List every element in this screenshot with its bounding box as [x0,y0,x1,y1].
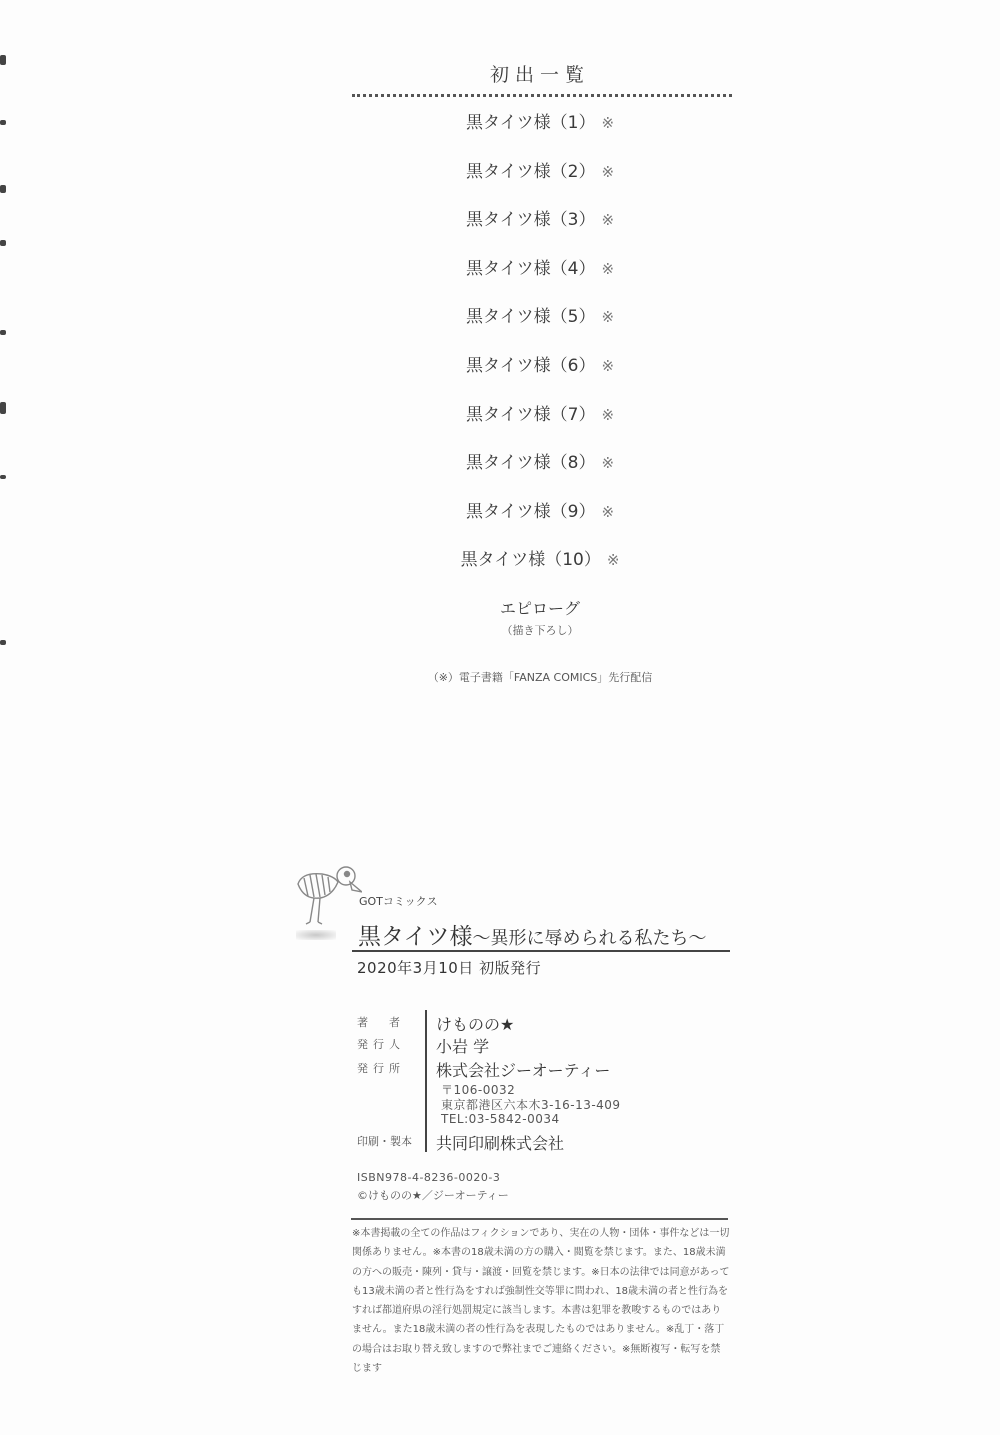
colophon-vertical-rule [425,1010,427,1152]
book-title-subtitle: ～異形に辱められる私たち～ [473,928,707,949]
row-key: 印刷・製本 [357,1133,415,1149]
copyright: ©けものの★／ジーオーティー [357,1187,509,1203]
toc-item: 黒タイツ様（10）※ [0,547,1000,596]
toc-item-label: 黒タイツ様（3） [466,210,595,230]
toc-list: 黒タイツ様（1）※ 黒タイツ様（2）※ 黒タイツ様（3）※ 黒タイツ様（4）※ … [0,110,1000,596]
row-key: 著 者 [357,1014,415,1030]
reference-mark-icon: ※ [601,163,614,181]
toc-item: 黒タイツ様（5）※ [0,304,1000,353]
toc-item-label: 黒タイツ様（9） [466,502,595,522]
toc-item-label: 黒タイツ様（2） [466,162,595,182]
toc-item-label: 黒タイツ様（1） [466,113,595,133]
reference-mark-icon: ※ [601,114,614,132]
toc-item-label: 黒タイツ様（7） [466,405,595,425]
dotted-divider [352,94,732,97]
row-key: 発行人 [357,1036,415,1052]
toc-title: 初出一覧 [0,60,1000,87]
toc-item-label: 黒タイツ様（6） [466,356,595,376]
row-value: 共同印刷株式会社 [436,1131,564,1154]
reference-mark-icon: ※ [601,308,614,326]
toc-epilogue: エピローグ [0,596,1000,619]
title-divider [352,950,730,952]
toc-footnote: （※）電子書籍「FANZA COMICS」先行配信 [0,669,1000,685]
toc-item-label: 黒タイツ様（5） [466,307,595,327]
toc-item: 黒タイツ様（1）※ [0,110,1000,159]
toc-item-label: 黒タイツ様（10） [461,550,601,570]
reference-mark-icon: ※ [601,503,614,521]
toc-item: 黒タイツ様（8）※ [0,450,1000,499]
toc-item: 黒タイツ様（2）※ [0,159,1000,208]
reference-mark-icon: ※ [601,454,614,472]
row-value: 小岩 学 [436,1034,489,1057]
row-key: 発行所 [357,1060,415,1076]
toc-epilogue-note: （描き下ろし） [0,622,1000,638]
toc-item: 黒タイツ様（6）※ [0,353,1000,402]
reference-mark-icon: ※ [601,357,614,375]
toc-item-label: 黒タイツ様（4） [466,259,595,279]
reference-mark-icon: ※ [601,260,614,278]
reference-mark-icon: ※ [601,211,614,229]
toc-item-label: 黒タイツ様（8） [466,453,595,473]
toc-item: 黒タイツ様（4）※ [0,256,1000,305]
legal-notice: ※本書掲載の全ての作品はフィクションであり、実在の人物・団体・事件などは一切関係… [352,1224,730,1378]
row-value: けものの★ [436,1012,514,1035]
publication-date: 2020年3月10日 初版発行 [357,957,541,978]
address-street: 東京都港区六本木3-16-13-409 [441,1096,621,1113]
isbn: ISBN978-4-8236-0020-3 [357,1171,500,1184]
book-title-main: 黒タイツ様 [358,924,473,950]
series-label: GOTコミックス [359,893,438,909]
toc-item: 黒タイツ様（3）※ [0,207,1000,256]
row-value: 株式会社ジーオーティー [436,1058,610,1081]
reference-mark-icon: ※ [601,406,614,424]
logo-shadow [296,930,336,940]
toc-item: 黒タイツ様（7）※ [0,402,1000,451]
toc-item: 黒タイツ様（9）※ [0,499,1000,548]
address-tel: TEL:03-5842-0034 [441,1112,560,1126]
book-title: 黒タイツ様～異形に辱められる私たち～ [358,918,707,951]
notice-divider [351,1218,728,1220]
reference-mark-icon: ※ [607,551,620,569]
